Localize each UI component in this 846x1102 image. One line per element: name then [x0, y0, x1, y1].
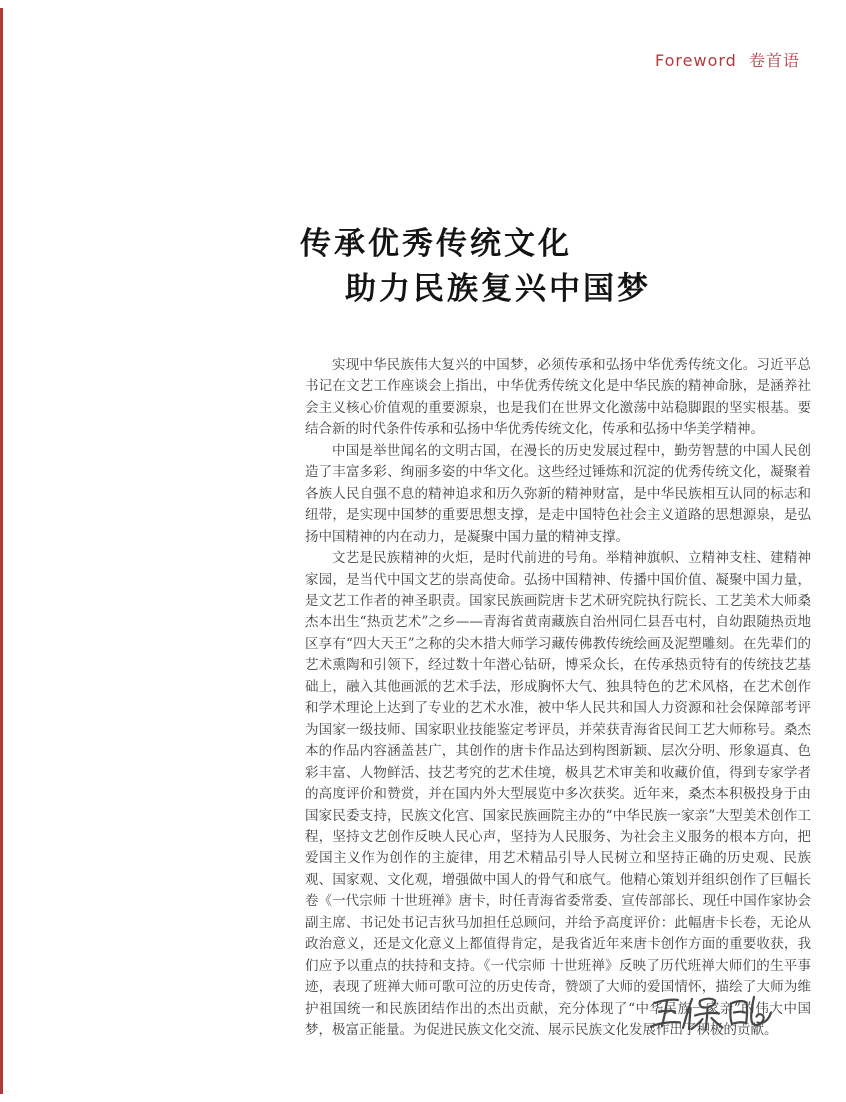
paragraph-2: 中国是举世闻名的文明古国，在漫长的历史发展过程中，勤劳智慧的中国人民创造了丰富多… [305, 441, 811, 548]
body-text: 实现中华民族伟大复兴的中国梦，必须传承和弘扬中华优秀传统文化。习近平总书记在文艺… [305, 355, 811, 1042]
page-title: 传承优秀传统文化 助力民族复兴中国梦 [300, 222, 651, 312]
left-accent-rule [0, 8, 3, 1094]
signature-strokes [645, 988, 775, 1048]
handwritten-signature [645, 988, 775, 1048]
page-title-line1: 传承优秀传统文化 [300, 222, 651, 267]
paragraph-1: 实现中华民族伟大复兴的中国梦，必须传承和弘扬中华优秀传统文化。习近平总书记在文艺… [305, 355, 811, 441]
foreword-header-label: Foreword 卷首语 [655, 48, 800, 71]
foreword-page: Foreword 卷首语 传承优秀传统文化 助力民族复兴中国梦 实现中华民族伟大… [0, 0, 846, 1102]
paragraph-3: 文艺是民族精神的火炬，是时代前进的号角。举精神旗帜、立精神支柱、建精神家园，是当… [305, 548, 811, 1041]
page-title-line2: 助力民族复兴中国梦 [345, 267, 651, 312]
